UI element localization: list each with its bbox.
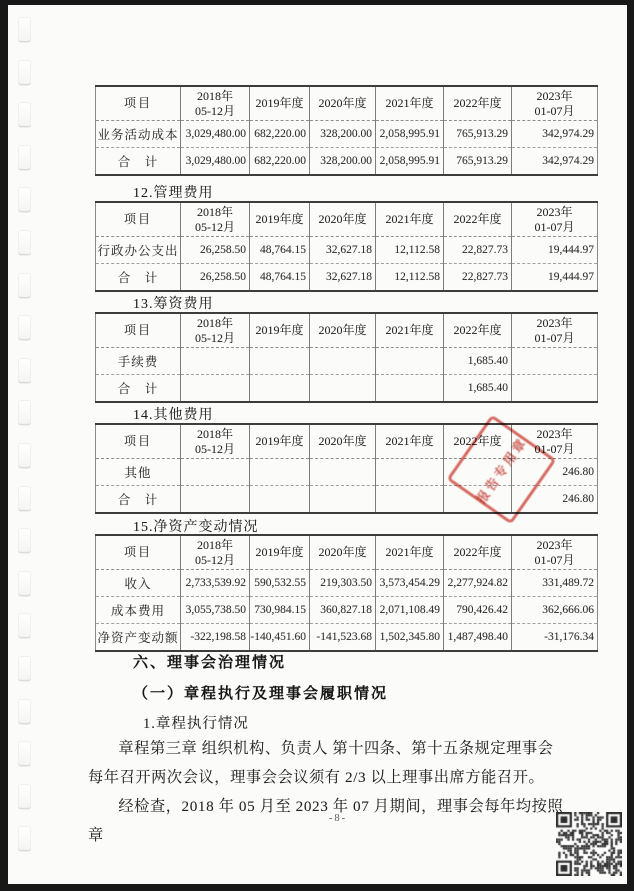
column-header: 2022年度 xyxy=(444,202,512,237)
cell-value: 765,913.29 xyxy=(444,148,512,176)
cell-value: 328,200.00 xyxy=(310,148,376,176)
cell-value: 32,627.18 xyxy=(310,237,376,264)
column-header: 2019年度 xyxy=(250,535,310,570)
cell-value: 22,827.73 xyxy=(444,264,512,292)
column-header: 2019年度 xyxy=(250,313,310,348)
table-row: 收入2,733,539.92590,532.55219,303.503,573,… xyxy=(96,570,598,597)
cell-value: 19,444.97 xyxy=(512,237,598,264)
binding-hole-mark xyxy=(18,613,31,637)
cell-value: 1,487,498.40 xyxy=(444,624,512,652)
binding-hole-mark xyxy=(18,230,31,254)
row-label: 手续费 xyxy=(96,348,181,375)
table-row: 成本费用3,055,738.50730,984.15360,827.182,07… xyxy=(96,597,598,624)
column-header: 2021年度 xyxy=(376,86,444,121)
cell-value: 32,627.18 xyxy=(310,264,376,292)
section-title-14: 14.其他费用 xyxy=(133,404,214,424)
column-header: 2018年 05-12月 xyxy=(181,535,250,570)
binding-hole-mark xyxy=(18,400,31,424)
table-row: 合 计1,685.40 xyxy=(96,375,598,403)
red-seal-text: 报告专用章 xyxy=(468,427,535,512)
cell-value: 19,444.97 xyxy=(512,264,598,292)
cell-value: 2,058,995.91 xyxy=(376,148,444,176)
binding-hole-mark xyxy=(18,784,31,808)
row-label: 合 计 xyxy=(96,486,181,514)
binding-hole-mark xyxy=(18,741,31,765)
body-paragraphs: 章程第三章 组织机构、负责人 第十四条、第十五条规定理事会每年召开两次会议，理事… xyxy=(88,734,568,850)
binding-hole-mark xyxy=(18,187,31,211)
cell-value xyxy=(250,375,310,403)
table-row: 业务活动成本3,029,480.00682,220.00328,200.002,… xyxy=(96,121,598,148)
cell-value xyxy=(181,486,250,514)
heading-subsection-one: （一）章程执行及理事会履职情况 xyxy=(133,682,388,703)
column-header: 2023年 01-07月 xyxy=(512,202,598,237)
cell-value xyxy=(512,375,598,403)
cell-value: 328,200.00 xyxy=(310,121,376,148)
row-label: 净资产变动额 xyxy=(96,624,181,652)
cell-value xyxy=(376,348,444,375)
cell-value: 26,258.50 xyxy=(181,264,250,292)
cell-value: -31,176.34 xyxy=(512,624,598,652)
cell-value: 360,827.18 xyxy=(310,597,376,624)
column-header: 2020年度 xyxy=(310,86,376,121)
row-label: 行政办公支出 xyxy=(96,237,181,264)
cell-value xyxy=(310,486,376,514)
section-title-15: 15.净资产变动情况 xyxy=(133,516,259,536)
table-row: 合 计26,258.5048,764.1532,627.1812,112.582… xyxy=(96,264,598,292)
binding-hole-mark xyxy=(18,571,31,595)
binding-hole-mark xyxy=(18,656,31,680)
column-header: 2022年度 xyxy=(444,86,512,121)
cell-value: 12,112.58 xyxy=(376,264,444,292)
heading-section-six: 六、理事会治理情况 xyxy=(133,651,286,672)
column-header: 2022年度 xyxy=(444,535,512,570)
cell-value: 342,974.29 xyxy=(512,148,598,176)
row-label: 收入 xyxy=(96,570,181,597)
cell-value: 331,489.72 xyxy=(512,570,598,597)
column-header: 2021年度 xyxy=(376,313,444,348)
heading-item-one: 1.章程执行情况 xyxy=(143,712,249,733)
table-financing-expense: 项目2018年 05-12月2019年度2020年度2021年度2022年度20… xyxy=(95,312,598,403)
column-header: 2021年度 xyxy=(376,535,444,570)
column-header: 2019年度 xyxy=(250,202,310,237)
column-header: 项目 xyxy=(96,424,181,459)
column-header: 项目 xyxy=(96,313,181,348)
cell-value xyxy=(310,348,376,375)
cell-value xyxy=(250,486,310,514)
table-business-activity-cost: 项目2018年 05-12月2019年度2020年度2021年度2022年度20… xyxy=(95,85,598,176)
table-net-asset-change: 项目2018年 05-12月2019年度2020年度2021年度2022年度20… xyxy=(95,534,598,652)
binding-hole-mark xyxy=(18,443,31,467)
cell-value: 3,029,480.00 xyxy=(181,121,250,148)
cell-value: 2,071,108.49 xyxy=(376,597,444,624)
cell-value: 1,685.40 xyxy=(444,375,512,403)
cell-value xyxy=(310,459,376,486)
cell-value xyxy=(512,348,598,375)
cell-value: 590,532.55 xyxy=(250,570,310,597)
cell-value xyxy=(310,375,376,403)
section-title-12: 12.管理费用 xyxy=(133,182,214,202)
column-header: 2020年度 xyxy=(310,202,376,237)
cell-value: -322,198.58 xyxy=(181,624,250,652)
binding-hole-mark xyxy=(18,358,31,382)
cell-value: 12,112.58 xyxy=(376,237,444,264)
column-header: 2018年 05-12月 xyxy=(181,202,250,237)
cell-value: 342,974.29 xyxy=(512,121,598,148)
column-header: 2018年 05-12月 xyxy=(181,86,250,121)
cell-value xyxy=(376,375,444,403)
column-header: 2019年度 xyxy=(250,424,310,459)
column-header: 2021年度 xyxy=(376,202,444,237)
binding-hole-mark xyxy=(18,486,31,510)
cell-value: 765,913.29 xyxy=(444,121,512,148)
binding-hole-mark xyxy=(18,315,31,339)
cell-value: -140,451.60 xyxy=(250,624,310,652)
column-header: 项目 xyxy=(96,535,181,570)
section-title-13: 13.筹资费用 xyxy=(133,293,214,313)
cell-value xyxy=(181,459,250,486)
row-label: 合 计 xyxy=(96,148,181,176)
cell-value: 48,764.15 xyxy=(250,237,310,264)
row-label: 合 计 xyxy=(96,375,181,403)
qr-code xyxy=(556,812,622,876)
table-row: 合 计3,029,480.00682,220.00328,200.002,058… xyxy=(96,148,598,176)
column-header: 2023年 01-07月 xyxy=(512,86,598,121)
cell-value: 26,258.50 xyxy=(181,237,250,264)
column-header: 项目 xyxy=(96,202,181,237)
cell-value: 682,220.00 xyxy=(250,121,310,148)
cell-value: 2,058,995.91 xyxy=(376,121,444,148)
cell-value: 3,573,454.29 xyxy=(376,570,444,597)
cell-value: 3,029,480.00 xyxy=(181,148,250,176)
cell-value: 1,685.40 xyxy=(444,348,512,375)
cell-value xyxy=(250,459,310,486)
binding-hole-mark xyxy=(18,145,31,169)
column-header: 2018年 05-12月 xyxy=(181,313,250,348)
table-row: 净资产变动额-322,198.58-140,451.60-141,523.681… xyxy=(96,624,598,652)
scanned-report-page: 项目2018年 05-12月2019年度2020年度2021年度2022年度20… xyxy=(8,5,627,884)
cell-value: 790,426.42 xyxy=(444,597,512,624)
binding-hole-mark xyxy=(18,273,31,297)
report-table: 项目2018年 05-12月2019年度2020年度2021年度2022年度20… xyxy=(95,85,598,176)
cell-value: 219,303.50 xyxy=(310,570,376,597)
binding-hole-mark xyxy=(18,826,31,850)
column-header: 2018年 05-12月 xyxy=(181,424,250,459)
cell-value: 362,666.06 xyxy=(512,597,598,624)
column-header: 2019年度 xyxy=(250,86,310,121)
column-header: 2022年度 xyxy=(444,313,512,348)
binding-hole-mark xyxy=(18,102,31,126)
column-header: 2023年 01-07月 xyxy=(512,535,598,570)
table-management-expense: 项目2018年 05-12月2019年度2020年度2021年度2022年度20… xyxy=(95,201,598,292)
column-header: 2021年度 xyxy=(376,424,444,459)
cell-value: 2,277,924.82 xyxy=(444,570,512,597)
table-row: 行政办公支出26,258.5048,764.1532,627.1812,112.… xyxy=(96,237,598,264)
column-header: 项目 xyxy=(96,86,181,121)
binding-hole-mark xyxy=(18,528,31,552)
row-label: 合 计 xyxy=(96,264,181,292)
row-label: 成本费用 xyxy=(96,597,181,624)
cell-value xyxy=(376,459,444,486)
cell-value: 730,984.15 xyxy=(250,597,310,624)
report-table: 项目2018年 05-12月2019年度2020年度2021年度2022年度20… xyxy=(95,534,598,652)
cell-value: 1,502,345.80 xyxy=(376,624,444,652)
cell-value: 48,764.15 xyxy=(250,264,310,292)
cell-value xyxy=(181,375,250,403)
cell-value: -141,523.68 xyxy=(310,624,376,652)
cell-value: 3,055,738.50 xyxy=(181,597,250,624)
row-label: 其他 xyxy=(96,459,181,486)
column-header: 2020年度 xyxy=(310,313,376,348)
cell-value xyxy=(181,348,250,375)
cell-value: 2,733,539.92 xyxy=(181,570,250,597)
page-number: -8- xyxy=(288,813,388,824)
binding-hole-mark xyxy=(18,60,31,84)
table-row: 手续费1,685.40 xyxy=(96,348,598,375)
report-table: 项目2018年 05-12月2019年度2020年度2021年度2022年度20… xyxy=(95,201,598,292)
cell-value: 682,220.00 xyxy=(250,148,310,176)
binding-hole-mark xyxy=(18,699,31,723)
column-header: 2020年度 xyxy=(310,535,376,570)
cell-value xyxy=(250,348,310,375)
report-table: 项目2018年 05-12月2019年度2020年度2021年度2022年度20… xyxy=(95,312,598,403)
binding-hole-mark xyxy=(18,17,31,41)
column-header: 2020年度 xyxy=(310,424,376,459)
cell-value: 22,827.73 xyxy=(444,237,512,264)
cell-value xyxy=(376,486,444,514)
column-header: 2023年 01-07月 xyxy=(512,313,598,348)
row-label: 业务活动成本 xyxy=(96,121,181,148)
paragraph-charter-rule: 章程第三章 组织机构、负责人 第十四条、第十五条规定理事会每年召开两次会议，理事… xyxy=(88,734,568,792)
